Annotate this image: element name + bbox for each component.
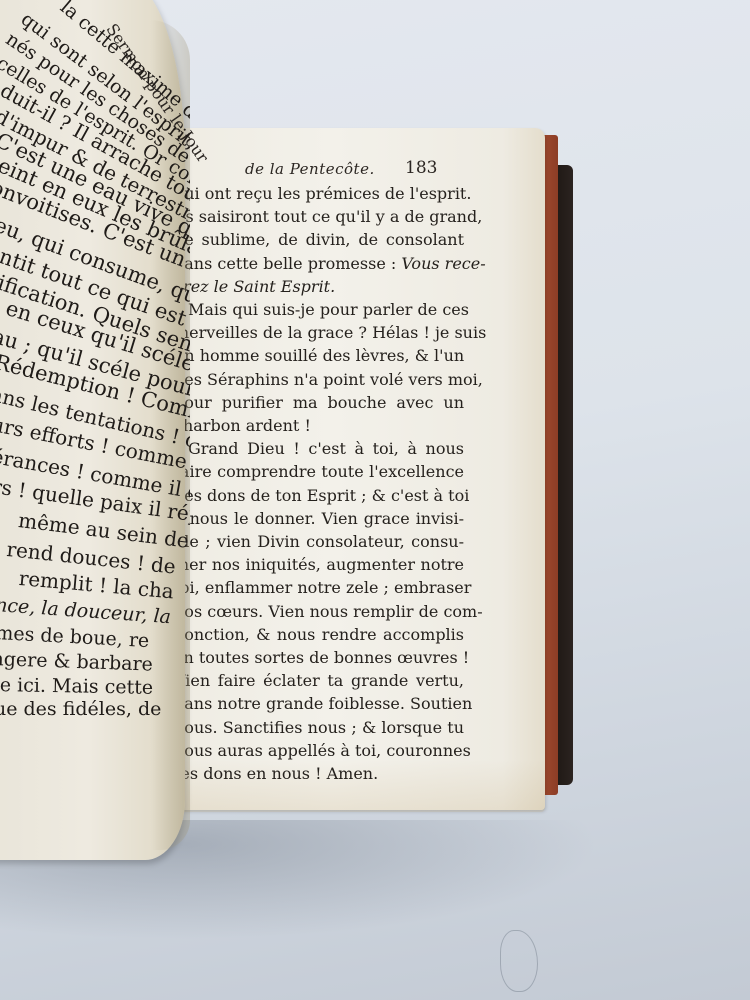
text-line: ponction, & nous rendre accomplis bbox=[174, 623, 464, 646]
text-line: foi, enflammer notre zele ; embraser bbox=[174, 576, 464, 599]
text-line: tes dons en nous ! Amen. bbox=[174, 762, 464, 785]
page-number: 183 bbox=[405, 158, 437, 178]
text-line: en toutes sortes de bonnes œuvres ! bbox=[174, 646, 464, 669]
italic-quote: vrez le Saint Esprit. bbox=[174, 277, 335, 296]
text-line: de sublime, de divin, de consolant bbox=[174, 228, 464, 251]
text-line: des dons de ton Esprit ; & c'est à toi bbox=[174, 484, 464, 507]
text-line: nous auras appellés à toi, couronnes bbox=[174, 739, 464, 762]
text-line: charbon ardent ! bbox=[174, 414, 464, 437]
text-line: mer nos iniquités, augmenter notre bbox=[174, 553, 464, 576]
text-line: mes de boue, re bbox=[0, 622, 150, 652]
italic-quote: Vous rece- bbox=[401, 254, 485, 273]
text-line: le ici. Mais cette bbox=[0, 674, 153, 699]
right-page-text: qui ont reçu les prémices de l'esprit. I… bbox=[174, 182, 464, 785]
text-line: merveilles de la grace ? Hélas ! je suis bbox=[174, 321, 464, 344]
text-line: vrez le Saint Esprit. bbox=[174, 275, 464, 298]
text-line: Vien faire éclater ta grande vertu, bbox=[174, 669, 464, 692]
text-line: ble ; vien Divin consolateur, consu- bbox=[174, 530, 464, 553]
text-line: dans cette belle promesse : Vous rece- bbox=[174, 252, 464, 275]
text-line: nous. Sanctifies nous ; & lorsque tu bbox=[174, 716, 464, 739]
text-line: nos cœurs. Vien nous remplir de com- bbox=[174, 600, 464, 623]
text-line: qui ont reçu les prémices de l'esprit. bbox=[174, 182, 464, 205]
left-page-text: la cette maxime de St. qui sont selon l'… bbox=[0, 0, 190, 720]
text-line: ue des fidéles, de bbox=[0, 698, 161, 720]
right-running-head: de la Pentecôte. bbox=[245, 160, 375, 178]
text-line: faire comprendre toute l'excellence bbox=[174, 460, 464, 483]
text-line: Ils saisiront tout ce qu'il y a de grand… bbox=[174, 205, 464, 228]
text-line: dans notre grande foiblesse. Soutien bbox=[174, 692, 464, 715]
text-line: Mais qui suis-je pour parler de ces bbox=[174, 298, 464, 321]
text-line: à nous le donner. Vien grace invisi- bbox=[174, 507, 464, 530]
text-line: des Séraphins n'a point volé vers moi, bbox=[174, 368, 464, 391]
text-line: un homme souillé des lèvres, & l'un bbox=[174, 344, 464, 367]
text-line: Grand Dieu ! c'est à toi, à nous bbox=[174, 437, 464, 460]
text-line: ngere & barbare bbox=[0, 648, 153, 676]
text-line: pour purifier ma bouche avec un bbox=[174, 391, 464, 414]
